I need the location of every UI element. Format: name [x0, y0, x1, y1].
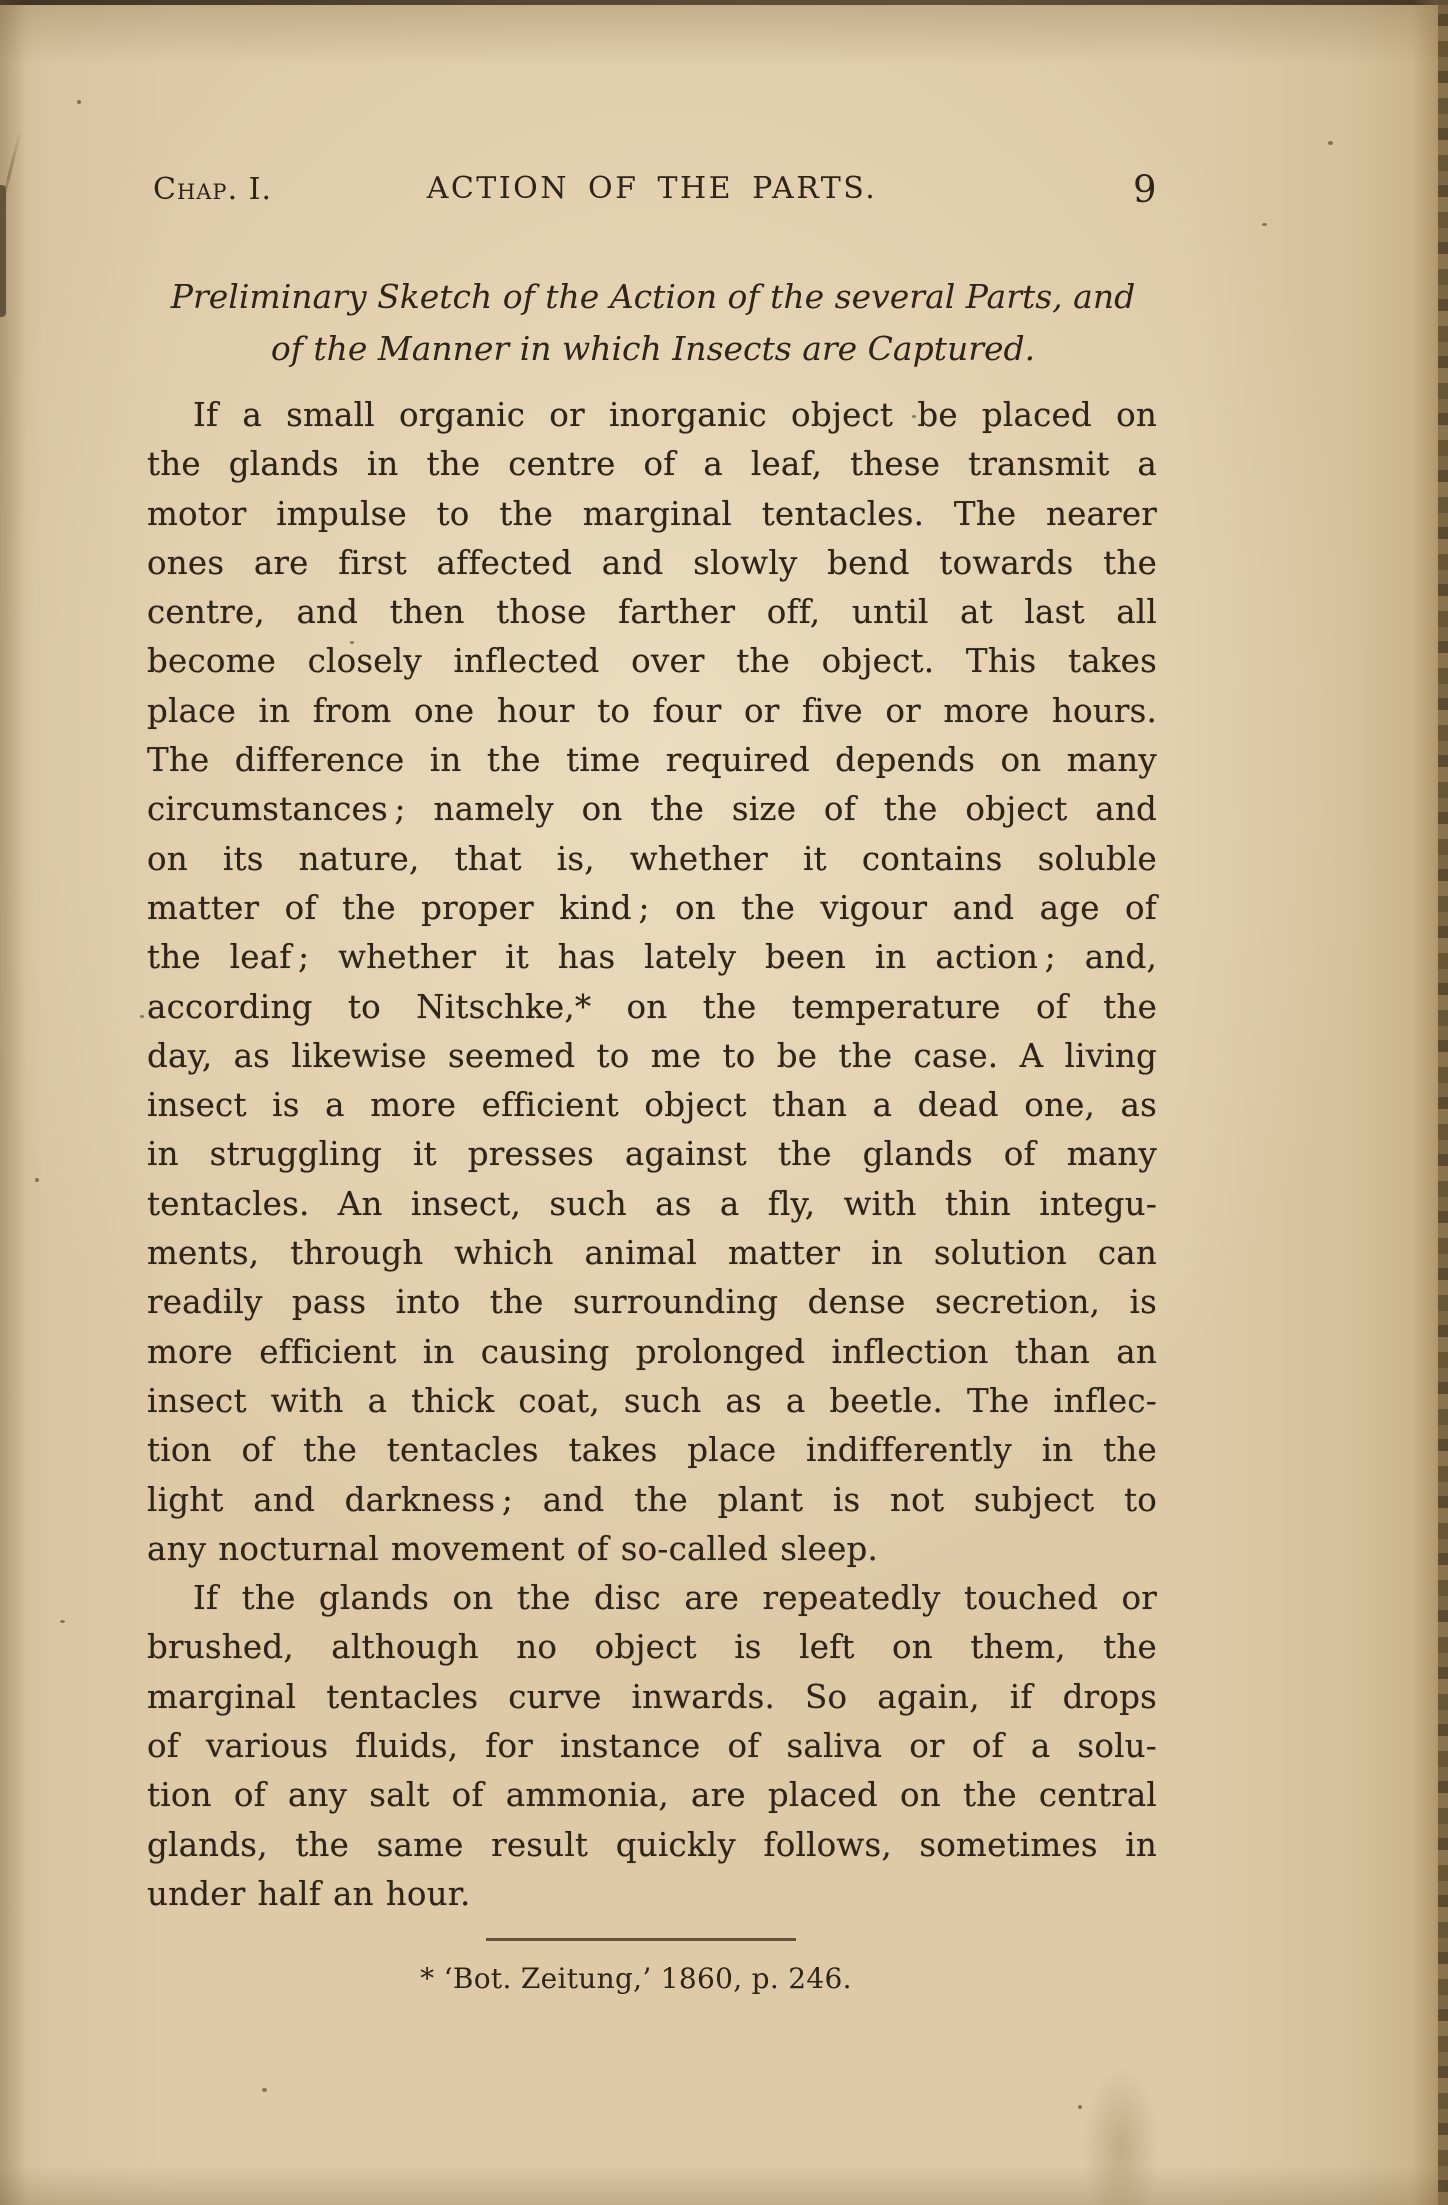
text-line: If a small organic or inorganic object b… [147, 391, 1157, 440]
running-title: ACTION OF THE PARTS. [147, 171, 1157, 206]
paper-speck [140, 1015, 144, 1018]
text-line: insect with a thick coat, such as a beet… [147, 1377, 1157, 1426]
page-shading-bottom [0, 2165, 1448, 2205]
text-line: any nocturnal movement of so-called slee… [147, 1525, 1157, 1574]
paper-speck [1262, 223, 1267, 226]
text-line: under half an hour. [147, 1870, 1157, 1919]
text-line: motor impulse to the marginal tentacles.… [147, 490, 1157, 539]
page-shading-left [0, 0, 26, 2205]
page-edge-right-deckle [1438, 0, 1448, 2205]
paper-speck [60, 1620, 65, 1623]
page-shading-right [1412, 0, 1438, 2205]
text-line: light and darkness ; and the plant is no… [147, 1476, 1157, 1525]
text-line: on its nature, that is, whether it conta… [147, 835, 1157, 884]
text-line: If the glands on the disc are repeatedly… [147, 1574, 1157, 1623]
text-line: of various fluids, for instance of saliv… [147, 1722, 1157, 1771]
text-line: more efficient in causing prolonged infl… [147, 1328, 1157, 1377]
subtitle-line: Preliminary Sketch of the Action of the … [147, 271, 1159, 323]
text-line: matter of the proper kind ; on the vigou… [147, 884, 1157, 933]
text-line: day, as likewise seemed to me to be the … [147, 1032, 1157, 1081]
text-line: insect is a more efficient object than a… [147, 1081, 1157, 1130]
page-number: 9 [1133, 168, 1157, 211]
text-line: readily pass into the surrounding dense … [147, 1278, 1157, 1327]
text-line: the leaf ; whether it has lately been in… [147, 933, 1157, 982]
text-line: centre, and then those farther off, unti… [147, 588, 1157, 637]
text-line: become closely inflected over the object… [147, 637, 1157, 686]
paragraph: If a small organic or inorganic object b… [147, 391, 1157, 1574]
text-line: The difference in the time required depe… [147, 736, 1157, 785]
text-line: according to Nitschke,* on the temperatu… [147, 983, 1157, 1032]
paper-speck [77, 100, 81, 104]
paper-speck [262, 2088, 267, 2092]
page-shading-top [0, 5, 1448, 65]
text-line: in struggling it presses against the gla… [147, 1130, 1157, 1179]
paper-speck [35, 1178, 39, 1182]
text-line: tentacles. An insect, such as a fly, wit… [147, 1180, 1157, 1229]
footnote-rule [486, 1938, 796, 1941]
text-line: place in from one hour to four or five o… [147, 687, 1157, 736]
text-line: marginal tentacles curve inwards. So aga… [147, 1673, 1157, 1722]
paper-stain [1082, 2065, 1160, 2205]
text-line: glands, the same result quickly follows,… [147, 1821, 1157, 1870]
text-line: tion of the tentacles takes place indiff… [147, 1426, 1157, 1475]
text-line: ones are first affected and slowly bend … [147, 539, 1157, 588]
text-line: circumstances ; namely on the size of th… [147, 785, 1157, 834]
section-subtitle: Preliminary Sketch of the Action of the … [147, 271, 1159, 375]
subtitle-line: of the Manner in which Insects are Captu… [147, 323, 1159, 375]
text-line: tion of any salt of ammonia, are placed … [147, 1771, 1157, 1820]
paragraph: If the glands on the disc are repeatedly… [147, 1574, 1157, 1919]
book-page-scan: Chap. I. ACTION OF THE PARTS. 9 Prelimin… [0, 0, 1448, 2205]
page-header: Chap. I. ACTION OF THE PARTS. 9 [147, 168, 1157, 212]
footnote: * ‘Bot. Zeitung,’ 1860, p. 246. [336, 1962, 936, 1995]
text-line: ments, through which animal matter in so… [147, 1229, 1157, 1278]
text-line: the glands in the centre of a leaf, thes… [147, 440, 1157, 489]
text-line: brushed, although no object is left on t… [147, 1623, 1157, 1672]
body-text: If a small organic or inorganic object b… [147, 391, 1157, 1919]
paper-speck [1328, 141, 1333, 145]
paper-speck [1078, 2105, 1082, 2109]
